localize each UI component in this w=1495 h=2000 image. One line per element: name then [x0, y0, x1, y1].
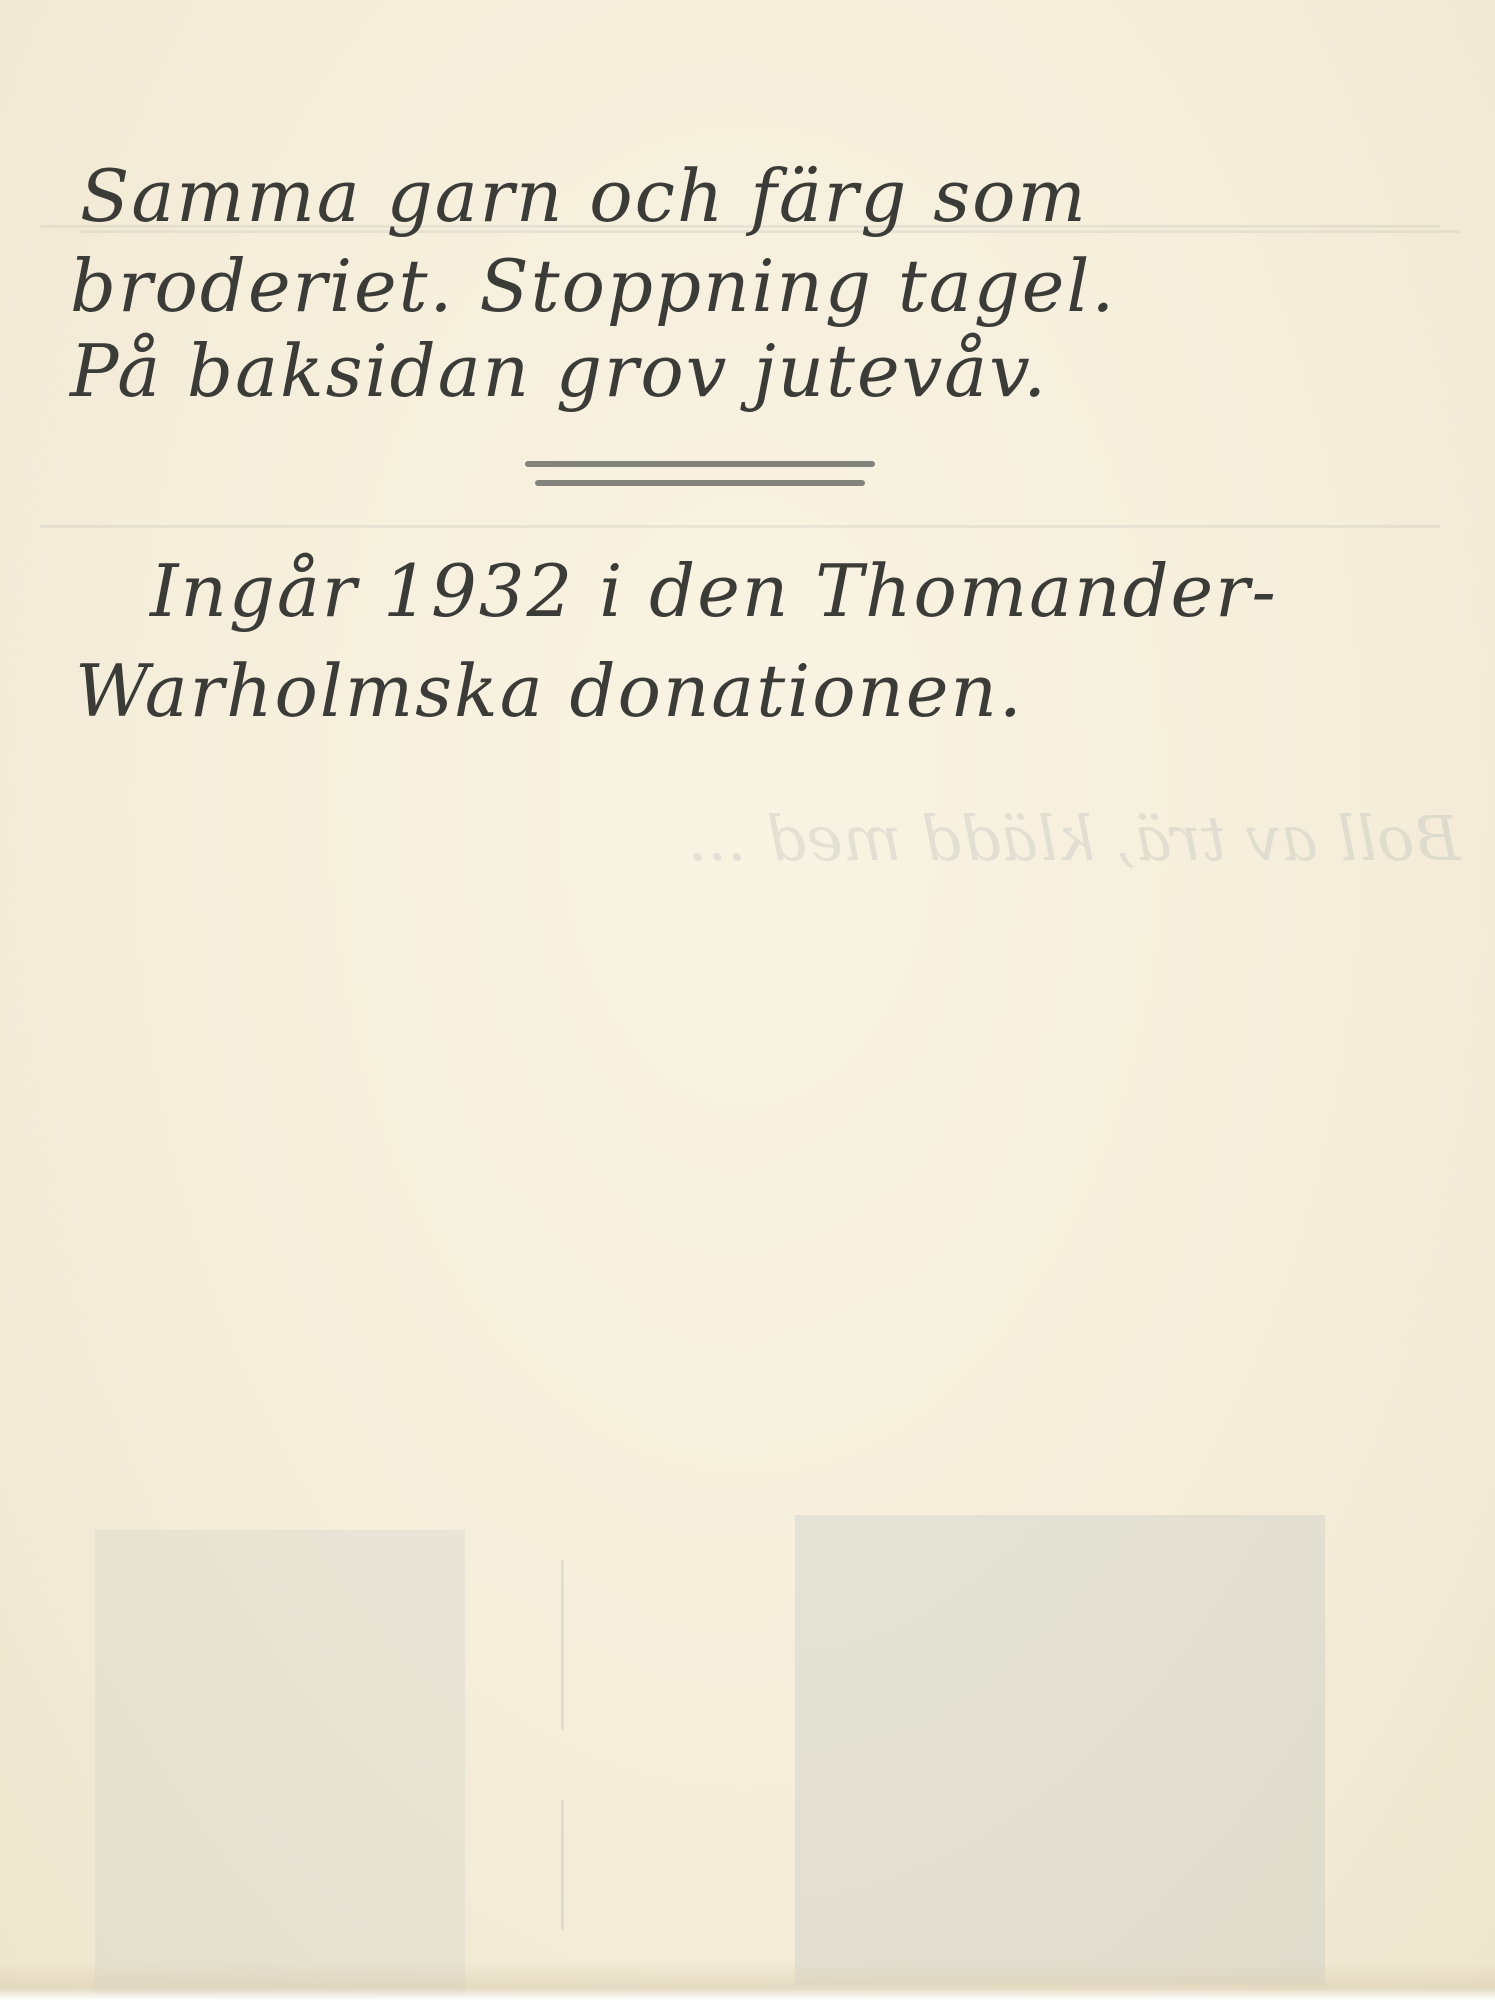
note-line-1: Samma garn och färg som	[80, 160, 1460, 232]
separator-rule-lower	[535, 480, 865, 486]
note-line-5: Warholmska donationen.	[75, 655, 1455, 727]
ghost-rule-middle	[40, 525, 1440, 528]
ghost-photo-right	[795, 1515, 1325, 1985]
ghost-dimension-arrow-top	[561, 1560, 564, 1730]
torn-bottom-edge	[0, 1960, 1495, 2000]
ghost-photo-left	[95, 1530, 465, 2000]
note-line-2: broderiet. Stoppning tagel.	[70, 250, 1450, 322]
document-page: Boll av trä, klädd med ... Samma garn oc…	[0, 0, 1495, 2000]
note-line-3: På baksidan grov jutevåv.	[70, 335, 1450, 407]
separator-rule-upper	[525, 461, 875, 467]
ghost-reverse-text: Boll av trä, klädd med ...	[80, 800, 1460, 878]
note-line-4: Ingår 1932 i den Thomander-	[150, 555, 1495, 627]
ghost-dimension-arrow-bottom	[561, 1800, 564, 1930]
